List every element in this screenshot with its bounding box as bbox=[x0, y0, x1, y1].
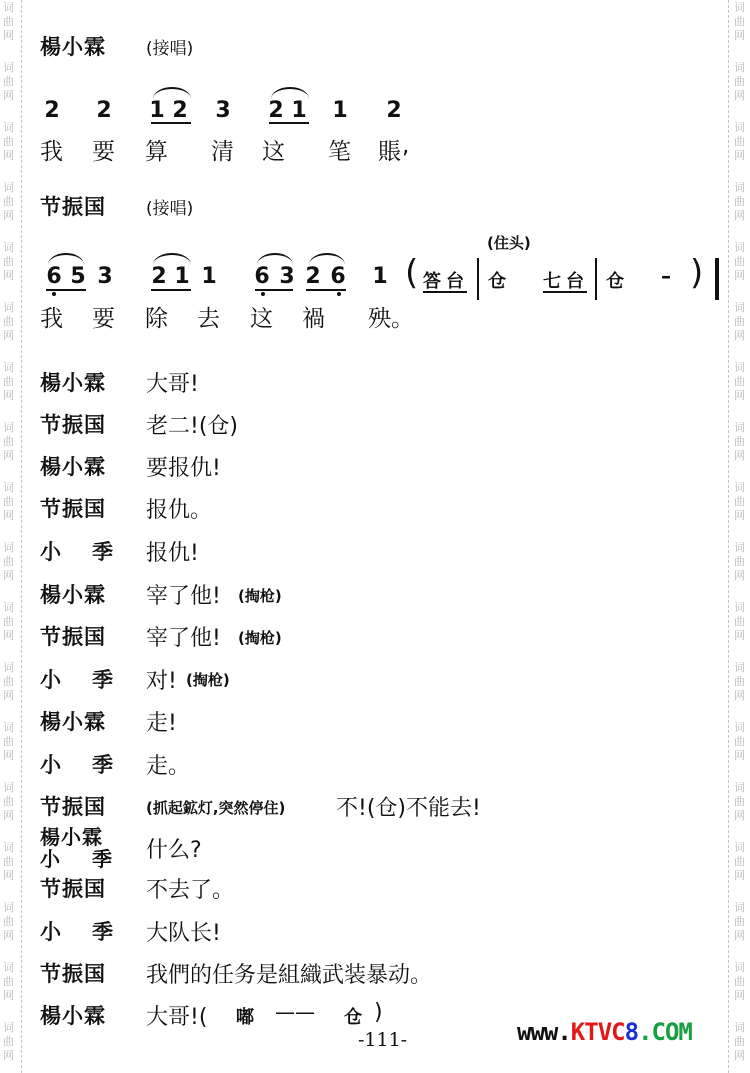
watermark-char: 曲 bbox=[3, 256, 14, 268]
watermark-char: 曲 bbox=[734, 856, 745, 868]
margin-divider-right bbox=[728, 0, 729, 1073]
watermark-char: 词 bbox=[734, 722, 745, 734]
note: 5 bbox=[66, 264, 90, 289]
stage-direction: (掏枪) bbox=[238, 585, 282, 606]
watermark-char: 曲 bbox=[3, 616, 14, 628]
watermark-char: 曲 bbox=[734, 616, 745, 628]
dialogue-line: 大队长! bbox=[146, 916, 221, 947]
low-octave-dot bbox=[337, 292, 341, 296]
slur bbox=[48, 253, 84, 265]
watermark-char: 网 bbox=[734, 390, 745, 402]
watermark-char: 曲 bbox=[3, 16, 14, 28]
slur bbox=[257, 253, 293, 265]
note: 2 bbox=[382, 98, 406, 123]
note: 3 bbox=[211, 98, 235, 123]
margin-divider-left bbox=[21, 0, 22, 1073]
slur bbox=[153, 253, 191, 265]
paren-close: ) bbox=[374, 1000, 383, 1025]
note: 1 bbox=[170, 264, 194, 289]
watermark-char: 网 bbox=[3, 30, 14, 42]
watermark-char: 网 bbox=[734, 930, 745, 942]
watermark-char: 词 bbox=[734, 482, 745, 494]
watermark-char: 曲 bbox=[734, 256, 745, 268]
watermark-char: 词 bbox=[734, 302, 745, 314]
lyric: 我 bbox=[40, 133, 63, 166]
note: 6 bbox=[326, 264, 350, 289]
watermark-char: 网 bbox=[3, 510, 14, 522]
watermark-char: 曲 bbox=[734, 916, 745, 928]
url-c: C bbox=[611, 1018, 624, 1046]
watermark-char: 词 bbox=[734, 2, 745, 14]
watermark-char: 曲 bbox=[3, 736, 14, 748]
watermark-char: 网 bbox=[734, 270, 745, 282]
dialogue-line: 大哥! bbox=[146, 367, 199, 398]
role-name: 小 bbox=[40, 916, 62, 946]
watermark-char: 曲 bbox=[3, 496, 14, 508]
lyric: 我 bbox=[40, 300, 63, 333]
low-octave-dot bbox=[261, 292, 265, 296]
dialogue-line: 报仇! bbox=[146, 536, 199, 567]
watermark-char: 词 bbox=[734, 422, 745, 434]
watermark-char: 网 bbox=[734, 870, 745, 882]
watermark-char: 网 bbox=[734, 30, 745, 42]
watermark-char: 词 bbox=[3, 962, 14, 974]
watermark-char: 曲 bbox=[3, 136, 14, 148]
role-name: 小 bbox=[40, 536, 62, 566]
watermark-char: 词 bbox=[3, 1022, 14, 1034]
bar-line bbox=[595, 258, 597, 300]
lyric: 清 bbox=[211, 133, 234, 166]
role-name: 节振国 bbox=[40, 873, 106, 903]
watermark-char: 曲 bbox=[3, 196, 14, 208]
role-name: 节振国 bbox=[40, 621, 106, 651]
watermark-char: 词 bbox=[734, 902, 745, 914]
role-name: 季 bbox=[92, 664, 114, 694]
watermark-char: 词 bbox=[734, 362, 745, 374]
note: 3 bbox=[275, 264, 299, 289]
lyric: 这 bbox=[250, 300, 273, 333]
watermark-char: 曲 bbox=[734, 676, 745, 688]
watermark-char: 词 bbox=[734, 122, 745, 134]
role-name: 小 bbox=[40, 749, 62, 779]
watermark-char: 网 bbox=[3, 570, 14, 582]
watermark-char: 网 bbox=[734, 570, 745, 582]
note: 3 bbox=[93, 264, 117, 289]
percussion-syllable: 答 bbox=[423, 267, 441, 293]
dialogue-line: 不去了。 bbox=[146, 873, 234, 904]
lyric: 殃。 bbox=[368, 300, 414, 333]
underline-beam bbox=[151, 122, 191, 124]
watermark-char: 曲 bbox=[734, 976, 745, 988]
watermark-char: 词 bbox=[3, 722, 14, 734]
role-name: 季 bbox=[92, 536, 114, 566]
slur bbox=[153, 87, 191, 99]
note: 2 bbox=[168, 98, 192, 123]
role-name: 楊小霖 bbox=[40, 451, 106, 481]
dialogue-line: 我們的任务是組織武装暴动。 bbox=[146, 958, 432, 989]
watermark-char: 曲 bbox=[734, 196, 745, 208]
watermark-char: 曲 bbox=[3, 916, 14, 928]
percussion-syllable: 七 bbox=[543, 267, 561, 293]
stage-direction: (掏枪) bbox=[186, 669, 230, 690]
role-name: 小 bbox=[40, 843, 61, 872]
watermark-char: 词 bbox=[734, 842, 745, 854]
watermark-char: 曲 bbox=[734, 16, 745, 28]
percussion-syllable: 仓 bbox=[606, 267, 624, 293]
note: 2 bbox=[147, 264, 171, 289]
percussion-syllable: 嘟 bbox=[236, 1003, 254, 1029]
role-name: 节振国 bbox=[40, 958, 106, 988]
url-com: .COM bbox=[638, 1018, 692, 1046]
url-ktv: KTV bbox=[571, 1018, 611, 1046]
site-url-watermark: www.KTVC8.COM bbox=[517, 1018, 692, 1046]
watermark-char: 网 bbox=[3, 990, 14, 1002]
watermark-char: 曲 bbox=[734, 376, 745, 388]
role-name: 楊小霖 bbox=[40, 367, 106, 397]
watermark-char: 网 bbox=[3, 210, 14, 222]
lyric: 賬 bbox=[378, 133, 401, 166]
watermark-char: 网 bbox=[734, 630, 745, 642]
watermark-char: 曲 bbox=[3, 796, 14, 808]
dialogue-line: 不!(仓)不能去! bbox=[336, 791, 481, 822]
watermark-char: 词 bbox=[3, 662, 14, 674]
watermark-char: 曲 bbox=[3, 856, 14, 868]
note: 6 bbox=[42, 264, 66, 289]
watermark-char: 词 bbox=[734, 962, 745, 974]
role-name: 节振国 bbox=[40, 493, 106, 523]
watermark-char: 网 bbox=[734, 90, 745, 102]
underline-beam bbox=[543, 291, 587, 293]
role-name: 小 bbox=[40, 664, 62, 694]
paren-close: ) bbox=[690, 253, 703, 293]
role-name: 楊小霖 bbox=[40, 31, 106, 61]
percussion-syllable: 仓 bbox=[344, 1003, 362, 1029]
role-name: 楊小霖 bbox=[40, 1000, 106, 1030]
percussion-syllable: 仓 bbox=[488, 267, 506, 293]
watermark-char: 词 bbox=[3, 902, 14, 914]
lyric: 要 bbox=[92, 300, 115, 333]
lyric: , bbox=[402, 133, 409, 159]
watermark-char: 词 bbox=[734, 1022, 745, 1034]
dialogue-line: 老二!(仓) bbox=[146, 409, 238, 440]
watermark-char: 曲 bbox=[3, 76, 14, 88]
percussion-syllable: 台 bbox=[566, 267, 584, 293]
lyric: 禍 bbox=[302, 300, 325, 333]
watermark-char: 网 bbox=[734, 990, 745, 1002]
watermark-char: 词 bbox=[3, 302, 14, 314]
watermark-char: 曲 bbox=[734, 796, 745, 808]
watermark-char: 曲 bbox=[734, 736, 745, 748]
watermark-char: 网 bbox=[734, 450, 745, 462]
dash: —— bbox=[275, 1000, 315, 1024]
note: 1 bbox=[328, 98, 352, 123]
watermark-char: 网 bbox=[734, 750, 745, 762]
slur bbox=[271, 87, 309, 99]
percussion-label: (住头) bbox=[487, 232, 531, 253]
low-octave-dot bbox=[52, 292, 56, 296]
watermark-char: 网 bbox=[3, 750, 14, 762]
url-www: www. bbox=[517, 1018, 571, 1046]
role-name: 节振国 bbox=[40, 191, 106, 221]
dialogue-line: 宰了他! bbox=[146, 579, 221, 610]
watermark-char: 曲 bbox=[734, 136, 745, 148]
note: 2 bbox=[40, 98, 64, 123]
watermark-char: 网 bbox=[3, 930, 14, 942]
final-bar-line bbox=[715, 258, 719, 300]
url-8: 8 bbox=[625, 1018, 638, 1046]
role-name: 节振国 bbox=[40, 791, 106, 821]
lyric: 笔 bbox=[328, 133, 351, 166]
role-name: 楊小霖 bbox=[40, 706, 106, 736]
watermark-char: 词 bbox=[3, 482, 14, 494]
watermark-char: 曲 bbox=[734, 556, 745, 568]
slur bbox=[309, 253, 345, 265]
underline-beam bbox=[423, 291, 467, 293]
stage-direction: (抓起鉱灯,突然停住) bbox=[146, 797, 285, 818]
watermark-char: 曲 bbox=[3, 376, 14, 388]
lyric: 算 bbox=[145, 133, 168, 166]
watermark-char: 词 bbox=[3, 602, 14, 614]
role-name: 季 bbox=[92, 749, 114, 779]
watermark-char: 网 bbox=[734, 510, 745, 522]
dialogue-line: 对! bbox=[146, 664, 177, 695]
watermark-char: 词 bbox=[3, 62, 14, 74]
watermark-char: 网 bbox=[3, 870, 14, 882]
underline-beam bbox=[255, 289, 293, 291]
watermark-char: 网 bbox=[3, 330, 14, 342]
watermark-char: 网 bbox=[734, 210, 745, 222]
dialogue-line: 什么? bbox=[146, 833, 202, 864]
watermark-char: 网 bbox=[734, 810, 745, 822]
lyric: 去 bbox=[197, 300, 220, 333]
watermark-char: 曲 bbox=[3, 316, 14, 328]
watermark-char: 曲 bbox=[3, 976, 14, 988]
watermark-char: 词 bbox=[3, 422, 14, 434]
underline-beam bbox=[46, 289, 86, 291]
dialogue-line: 走。 bbox=[146, 749, 190, 780]
note: 1 bbox=[197, 264, 221, 289]
percussion-syllable: 台 bbox=[446, 267, 464, 293]
lyric: 除 bbox=[145, 300, 168, 333]
watermark-char: 网 bbox=[3, 150, 14, 162]
watermark-char: 曲 bbox=[3, 1036, 14, 1048]
watermark-char: 网 bbox=[734, 330, 745, 342]
watermark-char: 网 bbox=[3, 270, 14, 282]
watermark-char: 网 bbox=[3, 390, 14, 402]
watermark-char: 网 bbox=[734, 150, 745, 162]
underline-beam bbox=[306, 289, 346, 291]
note: 2 bbox=[264, 98, 288, 123]
watermark-char: 网 bbox=[734, 1050, 745, 1062]
watermark-char: 网 bbox=[3, 450, 14, 462]
lyric: 这 bbox=[262, 133, 285, 166]
watermark-char: 词 bbox=[734, 542, 745, 554]
paren-open: ( bbox=[405, 253, 418, 293]
watermark-char: 曲 bbox=[734, 1036, 745, 1048]
dialogue-line: 报仇。 bbox=[146, 493, 212, 524]
watermark-right: 词曲网词曲网词曲网词曲网词曲网词曲网词曲网词曲网词曲网词曲网词曲网词曲网词曲网词… bbox=[731, 0, 750, 1073]
watermark-char: 词 bbox=[734, 62, 745, 74]
watermark-char: 词 bbox=[734, 182, 745, 194]
dialogue-line: 大哥!( bbox=[146, 1000, 207, 1031]
watermark-char: 词 bbox=[3, 842, 14, 854]
note: 1 bbox=[368, 264, 392, 289]
note: 1 bbox=[287, 98, 311, 123]
watermark-char: 曲 bbox=[3, 436, 14, 448]
stage-direction: (接唱) bbox=[146, 34, 193, 59]
watermark-char: 词 bbox=[3, 542, 14, 554]
watermark-char: 曲 bbox=[734, 76, 745, 88]
watermark-char: 词 bbox=[734, 662, 745, 674]
watermark-char: 曲 bbox=[734, 316, 745, 328]
watermark-char: 网 bbox=[3, 810, 14, 822]
bar-line bbox=[477, 258, 479, 300]
stage-direction: (接唱) bbox=[146, 194, 193, 219]
watermark-char: 网 bbox=[3, 1050, 14, 1062]
watermark-char: 词 bbox=[734, 242, 745, 254]
watermark-char: 词 bbox=[3, 2, 14, 14]
note: 6 bbox=[250, 264, 274, 289]
watermark-char: 网 bbox=[3, 630, 14, 642]
watermark-char: 词 bbox=[3, 182, 14, 194]
watermark-char: 曲 bbox=[734, 436, 745, 448]
watermark-char: 词 bbox=[734, 782, 745, 794]
note: 1 bbox=[145, 98, 169, 123]
dialogue-line: 走! bbox=[146, 706, 177, 737]
page-number: -111- bbox=[358, 1029, 407, 1051]
dialogue-line: 要报仇! bbox=[146, 451, 221, 482]
note: 2 bbox=[301, 264, 325, 289]
note: 2 bbox=[92, 98, 116, 123]
role-name: 季 bbox=[92, 843, 113, 872]
watermark-char: 词 bbox=[734, 602, 745, 614]
role-name: 楊小霖 bbox=[40, 579, 106, 609]
underline-beam bbox=[269, 122, 309, 124]
watermark-char: 词 bbox=[3, 782, 14, 794]
watermark-char: 曲 bbox=[3, 676, 14, 688]
watermark-char: 网 bbox=[3, 90, 14, 102]
watermark-char: 网 bbox=[3, 690, 14, 702]
dialogue-line: 宰了他! bbox=[146, 621, 221, 652]
watermark-char: 词 bbox=[3, 242, 14, 254]
percussion-rest: – bbox=[661, 264, 671, 288]
stage-direction: (掏枪) bbox=[238, 627, 282, 648]
lyric: 要 bbox=[92, 133, 115, 166]
watermark-left: 词曲网词曲网词曲网词曲网词曲网词曲网词曲网词曲网词曲网词曲网词曲网词曲网词曲网词… bbox=[0, 0, 20, 1073]
watermark-char: 词 bbox=[3, 362, 14, 374]
role-name: 节振国 bbox=[40, 409, 106, 439]
watermark-char: 曲 bbox=[3, 556, 14, 568]
watermark-char: 网 bbox=[734, 690, 745, 702]
underline-beam bbox=[151, 289, 191, 291]
watermark-char: 曲 bbox=[734, 496, 745, 508]
watermark-char: 词 bbox=[3, 122, 14, 134]
role-name: 季 bbox=[92, 916, 114, 946]
